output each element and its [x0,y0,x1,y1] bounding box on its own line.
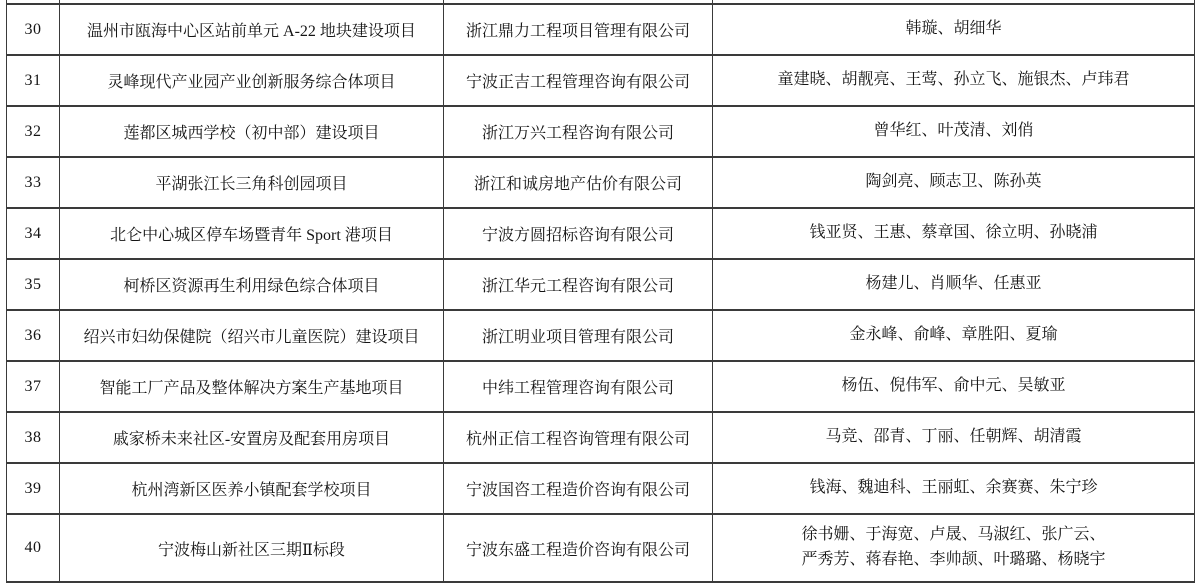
personnel-names: 韩璇、胡细华 [713,4,1195,55]
table-row: 30 温州市瓯海中心区站前单元 A-22 地块建设项目 浙江鼎力工程项目管理有限… [7,4,1195,55]
project-name: 平湖张江长三角科创园项目 [60,157,444,208]
project-name: 柯桥区资源再生利用绿色综合体项目 [60,259,444,310]
row-number: 36 [7,310,60,361]
row-number: 32 [7,106,60,157]
document-page: 30 温州市瓯海中心区站前单元 A-22 地块建设项目 浙江鼎力工程项目管理有限… [6,0,1195,580]
project-name: 戚家桥未来社区-安置房及配套用房项目 [60,412,444,463]
company-name: 宁波国咨工程造价咨询有限公司 [444,463,713,514]
table-row: 38 戚家桥未来社区-安置房及配套用房项目 杭州正信工程咨询管理有限公司 马竞、… [7,412,1195,463]
row-number: 34 [7,208,60,259]
table-row: 34 北仑中心城区停车场暨青年 Sport 港项目 宁波方圆招标咨询有限公司 钱… [7,208,1195,259]
project-name: 北仑中心城区停车场暨青年 Sport 港项目 [60,208,444,259]
company-name: 浙江鼎力工程项目管理有限公司 [444,4,713,55]
company-name: 浙江和诚房地产估价有限公司 [444,157,713,208]
personnel-names: 童建晓、胡靓亮、王莺、孙立飞、施银杰、卢玮君 [713,55,1195,106]
personnel-names: 曾华红、叶茂清、刘俏 [713,106,1195,157]
table-row: 31 灵峰现代产业园产业创新服务综合体项目 宁波正吉工程管理咨询有限公司 童建晓… [7,55,1195,106]
project-review-table: 30 温州市瓯海中心区站前单元 A-22 地块建设项目 浙江鼎力工程项目管理有限… [6,0,1195,580]
row-number: 40 [7,514,60,580]
personnel-names: 金永峰、俞峰、章胜阳、夏瑜 [713,310,1195,361]
personnel-names: 杨建儿、肖顺华、任惠亚 [713,259,1195,310]
company-name: 杭州正信工程咨询管理有限公司 [444,412,713,463]
table-row: 33 平湖张江长三角科创园项目 浙江和诚房地产估价有限公司 陶剑亮、顾志卫、陈孙… [7,157,1195,208]
project-name: 杭州湾新区医养小镇配套学校项目 [60,463,444,514]
table-row: 39 杭州湾新区医养小镇配套学校项目 宁波国咨工程造价咨询有限公司 钱海、魏迪科… [7,463,1195,514]
personnel-names: 马竞、邵青、丁丽、任朝辉、胡清霞 [713,412,1195,463]
personnel-names: 徐书姗、于海宽、卢晟、马淑红、张广云、 严秀芳、蒋春艳、李帅颉、叶璐璐、杨晓宇 [713,514,1195,580]
table-row: 40 宁波梅山新社区三期Ⅱ标段 宁波东盛工程造价咨询有限公司 徐书姗、于海宽、卢… [7,514,1195,580]
personnel-names: 陶剑亮、顾志卫、陈孙英 [713,157,1195,208]
row-number: 35 [7,259,60,310]
row-number: 30 [7,4,60,55]
personnel-names: 杨伍、倪伟军、俞中元、吴敏亚 [713,361,1195,412]
table-row: 35 柯桥区资源再生利用绿色综合体项目 浙江华元工程咨询有限公司 杨建儿、肖顺华… [7,259,1195,310]
row-number: 31 [7,55,60,106]
company-name: 宁波东盛工程造价咨询有限公司 [444,514,713,580]
project-name: 绍兴市妇幼保健院（绍兴市儿童医院）建设项目 [60,310,444,361]
table-row: 32 莲都区城西学校（初中部）建设项目 浙江万兴工程咨询有限公司 曾华红、叶茂清… [7,106,1195,157]
row-number: 39 [7,463,60,514]
row-number: 38 [7,412,60,463]
company-name: 浙江万兴工程咨询有限公司 [444,106,713,157]
row-number: 37 [7,361,60,412]
table-row: 36 绍兴市妇幼保健院（绍兴市儿童医院）建设项目 浙江明业项目管理有限公司 金永… [7,310,1195,361]
project-name: 宁波梅山新社区三期Ⅱ标段 [60,514,444,580]
company-name: 宁波正吉工程管理咨询有限公司 [444,55,713,106]
project-name: 莲都区城西学校（初中部）建设项目 [60,106,444,157]
project-name: 智能工厂产品及整体解决方案生产基地项目 [60,361,444,412]
company-name: 浙江明业项目管理有限公司 [444,310,713,361]
company-name: 浙江华元工程咨询有限公司 [444,259,713,310]
table-row: 37 智能工厂产品及整体解决方案生产基地项目 中纬工程管理咨询有限公司 杨伍、倪… [7,361,1195,412]
project-name: 灵峰现代产业园产业创新服务综合体项目 [60,55,444,106]
company-name: 中纬工程管理咨询有限公司 [444,361,713,412]
personnel-names: 钱海、魏迪科、王丽虹、余赛赛、朱宁珍 [713,463,1195,514]
row-number: 33 [7,157,60,208]
personnel-names: 钱亚贤、王惠、蔡章国、徐立明、孙晓浦 [713,208,1195,259]
project-name: 温州市瓯海中心区站前单元 A-22 地块建设项目 [60,4,444,55]
company-name: 宁波方圆招标咨询有限公司 [444,208,713,259]
